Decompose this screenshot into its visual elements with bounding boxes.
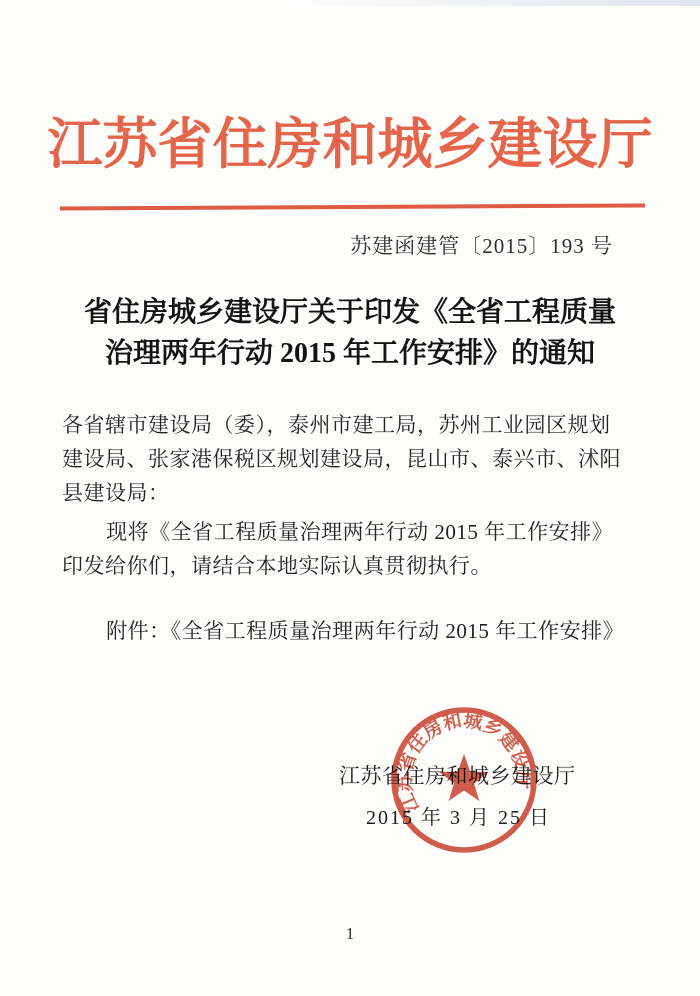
official-seal: 江苏省住房和城乡建设厅 (389, 705, 539, 855)
recipients-line-2: 建设局、张家港保税区规划建设局，昆山市、泰兴市、沭阳 (62, 442, 642, 476)
page-number: 1 (0, 924, 700, 944)
red-star-icon (439, 754, 488, 801)
paragraph-line-2: 印发给你们，请结合本地实际认真贯彻执行。 (62, 549, 642, 583)
document-body: 各省辖市建设局（委），泰州市建工局，苏州工业园区规划 建设局、张家港保税区规划建… (62, 408, 642, 648)
document-title-line1: 省住房城乡建设厅关于印发《全省工程质量 (0, 292, 700, 333)
paragraph-line-1: 现将《全省工程质量治理两年行动 2015 年工作安排》 (62, 515, 642, 549)
document-title: 省住房城乡建设厅关于印发《全省工程质量 治理两年行动 2015 年工作安排》的通… (0, 292, 700, 374)
letterhead-divider (60, 203, 645, 210)
document-title-line2: 治理两年行动 2015 年工作安排》的通知 (0, 333, 700, 374)
scan-artifact (280, 0, 700, 6)
attachment-line: 附件：《全省工程质量治理两年行动 2015 年工作安排》 (62, 614, 642, 648)
document-page: 江苏省住房和城乡建设厅 苏建函建管〔2015〕193 号 省住房城乡建设厅关于印… (0, 0, 700, 996)
document-number: 苏建函建管〔2015〕193 号 (0, 233, 613, 259)
recipients-line-1: 各省辖市建设局（委），泰州市建工局，苏州工业园区规划 (62, 408, 642, 442)
recipients-line-3: 县建设局： (62, 476, 642, 510)
letterhead-org-name: 江苏省住房和城乡建设厅 (0, 114, 700, 176)
